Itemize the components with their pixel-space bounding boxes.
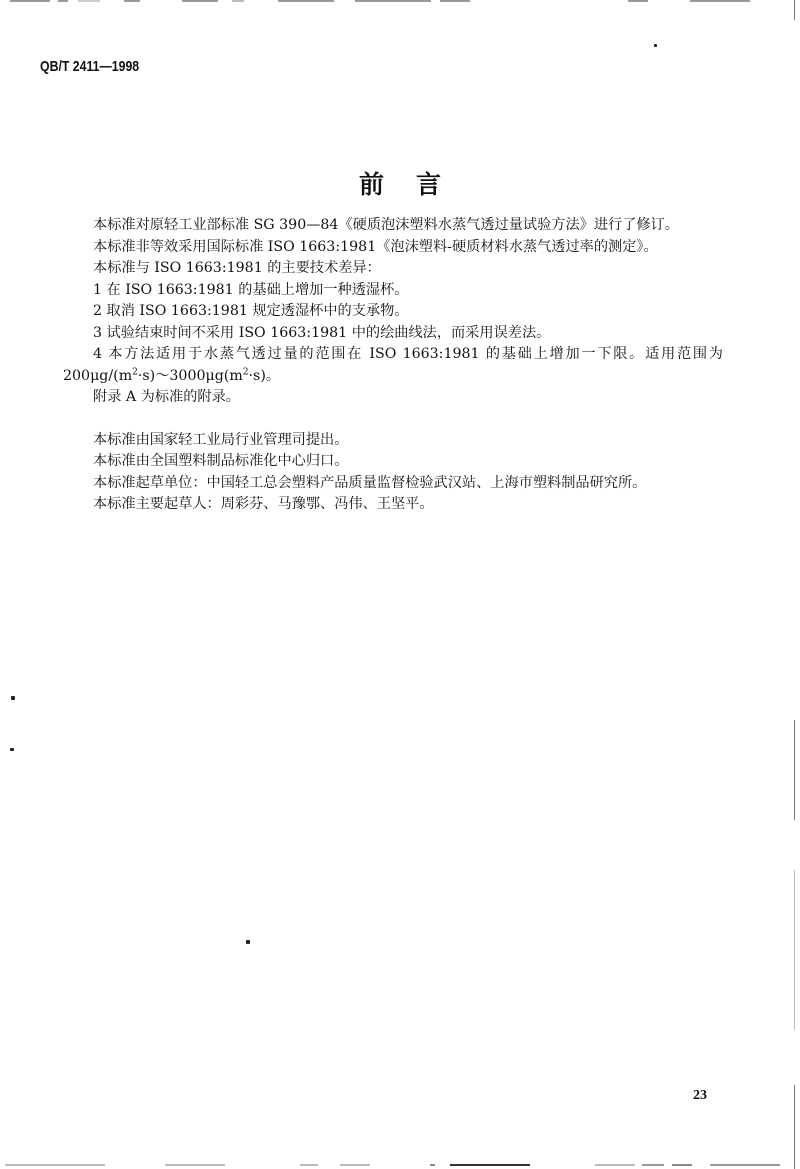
paragraph-appendix: 附录 A 为标准的附录。 (63, 387, 723, 409)
scan-speck (246, 940, 250, 944)
paragraph-revision: 本标准对原轻工业部标准 SG 390—84《硬质泡沫塑料水蒸气透过量试验方法》进… (63, 215, 723, 237)
page-number: 23 (693, 1088, 707, 1104)
difference-item-4-text: ·s)。 (249, 368, 281, 384)
scan-edge-bottom (0, 1164, 800, 1167)
scan-border-right (794, 1085, 795, 1169)
difference-item-1: 1 在 ISO 1663:1981 的基础上增加一种透湿杯。 (63, 280, 723, 302)
scan-speck (10, 748, 14, 751)
preface-body: 本标准对原轻工业部标准 SG 390—84《硬质泡沫塑料水蒸气透过量试验方法》进… (63, 215, 723, 516)
page-title: 前言 (0, 165, 800, 201)
scan-border-right (794, 870, 795, 1030)
difference-item-4-text: ·s)～3000μg(m (138, 368, 243, 384)
difference-item-4: 4 本方法适用于水蒸气透过量的范围在 ISO 1663:1981 的基础上增加一… (63, 344, 723, 387)
scan-edge-top (0, 0, 800, 3)
scan-border-right (794, 0, 795, 20)
paragraph-drafting-units: 本标准起草单位：中国轻工总会塑料产品质量监督检验武汉站、上海市塑料制品研究所。 (63, 473, 723, 495)
standard-code: QB/T 2411—1998 (40, 58, 139, 75)
difference-item-3: 3 试验结束时间不采用 ISO 1663:1981 中的绘曲线法，而采用误差法。 (63, 323, 723, 345)
difference-item-2: 2 取消 ISO 1663:1981 规定透湿杯中的支承物。 (63, 301, 723, 323)
scan-speck (11, 696, 15, 700)
scan-speck (654, 44, 657, 47)
paragraph-centralized: 本标准由全国塑料制品标准化中心归口。 (63, 451, 723, 473)
paragraph-differences-intro: 本标准与 ISO 1663:1981 的主要技术差异： (63, 258, 723, 280)
scan-border-right (794, 720, 795, 820)
paragraph-drafters: 本标准主要起草人：周彩芬、马豫鄂、冯伟、王坚平。 (63, 494, 723, 516)
paragraph-proposer: 本标准由国家轻工业局行业管理司提出。 (63, 430, 723, 452)
paragraph-adoption: 本标准非等效采用国际标准 ISO 1663:1981《泡沫塑料-硬质材料水蒸气透… (63, 237, 723, 259)
